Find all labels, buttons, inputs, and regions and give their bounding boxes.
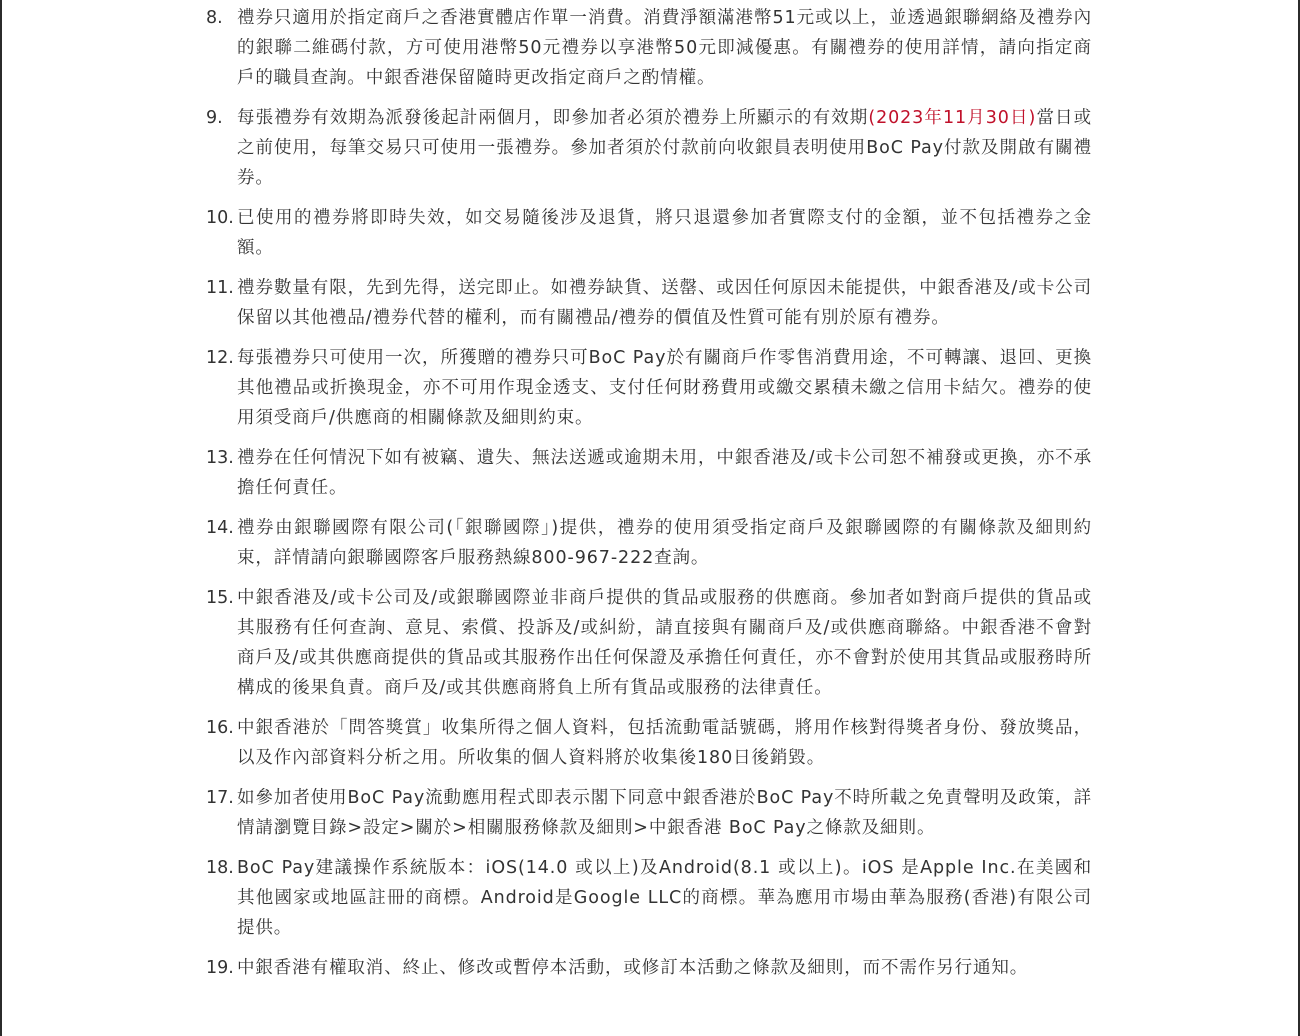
term-item-13: 13. 禮券在任何情況下如有被竊、遺失、無法送遞或逾期未用，中銀香港及/或卡公司… (206, 443, 1092, 503)
term-number: 19. (206, 953, 234, 983)
term-item-15: 15. 中銀香港及/或卡公司及/或銀聯國際並非商戶提供的貨品或服務的供應商。參加… (206, 583, 1092, 703)
term-text: 中銀香港及/或卡公司及/或銀聯國際並非商戶提供的貨品或服務的供應商。參加者如對商… (237, 588, 1092, 698)
term-text: 每張禮券只可使用一次，所獲贈的禮券只可BoC Pay於有關商戶作零售消費用途，不… (237, 348, 1092, 428)
term-text: 禮券在任何情況下如有被竊、遺失、無法送遞或逾期未用，中銀香港及/或卡公司恕不補發… (237, 448, 1092, 498)
term-number: 14. (206, 513, 234, 543)
term-number: 15. (206, 583, 234, 613)
terms-and-conditions-list: 8. 禮券只適用於指定商戶之香港實體店作單一消費。消費淨額滿港幣51元或以上，並… (206, 3, 1092, 993)
term-number: 8. (206, 3, 223, 33)
term-number: 18. (206, 853, 234, 883)
term-number: 10. (206, 203, 234, 233)
term-item-11: 11. 禮券數量有限，先到先得，送完即止。如禮券缺貨、送罄、或因任何原因未能提供… (206, 273, 1092, 333)
term-number: 9. (206, 103, 223, 133)
term-text: 已使用的禮券將即時失效，如交易隨後涉及退貨，將只退還參加者實際支付的金額，並不包… (237, 208, 1092, 258)
term-text: 中銀香港於「問答獎賞」收集所得之個人資料，包括流動電話號碼，將用作核對得獎者身份… (237, 718, 1092, 768)
term-number: 12. (206, 343, 234, 373)
expiry-date-highlight: (2023年11月30日) (868, 108, 1036, 128)
term-text: BoC Pay建議操作系統版本：iOS(14.0 或以上)及Android(8.… (237, 858, 1092, 938)
page-border-left (0, 0, 2, 1036)
term-item-12: 12. 每張禮券只可使用一次，所獲贈的禮券只可BoC Pay於有關商戶作零售消費… (206, 343, 1092, 433)
term-number: 11. (206, 273, 234, 303)
term-text: 禮券由銀聯國際有限公司(「銀聯國際」)提供，禮券的使用須受指定商戶及銀聯國際的有… (237, 518, 1092, 568)
term-text: 禮券只適用於指定商戶之香港實體店作單一消費。消費淨額滿港幣51元或以上，並透過銀… (237, 8, 1092, 88)
term-item-10: 10. 已使用的禮券將即時失效，如交易隨後涉及退貨，將只退還參加者實際支付的金額… (206, 203, 1092, 263)
term-text: 禮券數量有限，先到先得，送完即止。如禮券缺貨、送罄、或因任何原因未能提供，中銀香… (237, 278, 1092, 328)
term-item-14: 14. 禮券由銀聯國際有限公司(「銀聯國際」)提供，禮券的使用須受指定商戶及銀聯… (206, 513, 1092, 573)
term-item-17: 17. 如參加者使用BoC Pay流動應用程式即表示閣下同意中銀香港於BoC P… (206, 783, 1092, 843)
term-text: 如參加者使用BoC Pay流動應用程式即表示閣下同意中銀香港於BoC Pay不時… (237, 788, 1092, 838)
term-item-18: 18. BoC Pay建議操作系統版本：iOS(14.0 或以上)及Androi… (206, 853, 1092, 943)
term-item-9: 9. 每張禮券有效期為派發後起計兩個月，即參加者必須於禮券上所顯示的有效期(20… (206, 103, 1092, 193)
term-number: 13. (206, 443, 234, 473)
term-item-8: 8. 禮券只適用於指定商戶之香港實體店作單一消費。消費淨額滿港幣51元或以上，並… (206, 3, 1092, 93)
term-item-19: 19. 中銀香港有權取消、終止、修改或暫停本活動，或修訂本活動之條款及細則，而不… (206, 953, 1092, 983)
term-text: 中銀香港有權取消、終止、修改或暫停本活動，或修訂本活動之條款及細則，而不需作另行… (237, 958, 1028, 978)
term-number: 17. (206, 783, 234, 813)
term-text-part: 每張禮券有效期為派發後起計兩個月，即參加者必須於禮券上所顯示的有效期 (237, 108, 868, 128)
term-item-16: 16. 中銀香港於「問答獎賞」收集所得之個人資料，包括流動電話號碼，將用作核對得… (206, 713, 1092, 773)
term-number: 16. (206, 713, 234, 743)
